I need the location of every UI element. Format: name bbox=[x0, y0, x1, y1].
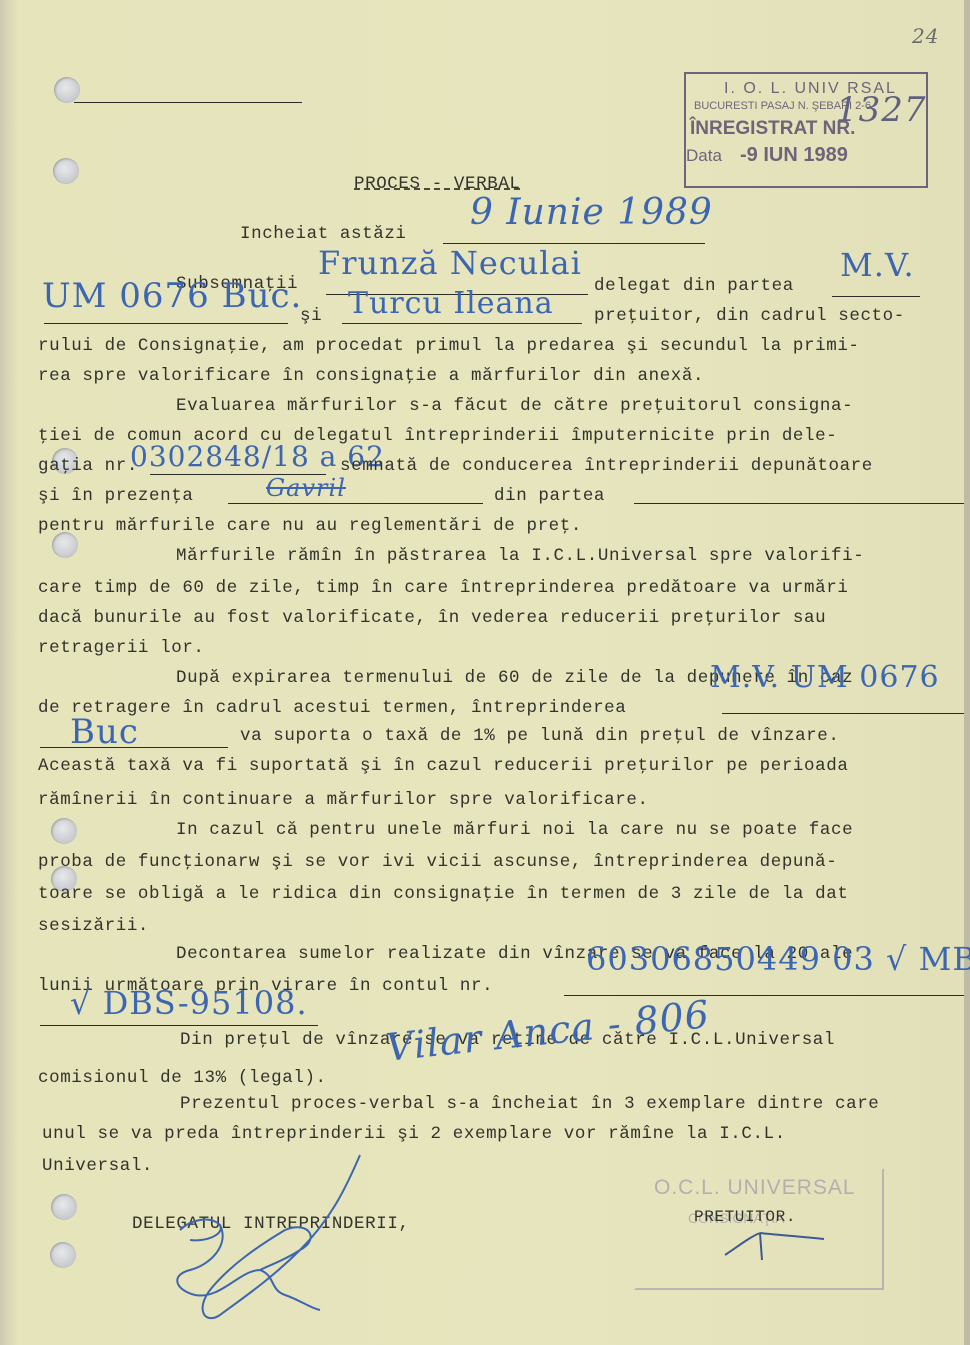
p3-line3: dacă bunurile au fost valorificate, în v… bbox=[38, 608, 826, 628]
p2-line5: pentru mărfurile care nu au reglementări… bbox=[38, 516, 582, 536]
p4-line4: Această taxă va fi suportată şi în cazul… bbox=[38, 756, 848, 776]
punch-hole bbox=[51, 818, 77, 844]
p1-line2-a: şi bbox=[300, 306, 322, 326]
enterprise-field-line bbox=[722, 713, 964, 714]
p1-line2-b: preţuitor, din cadrul secto- bbox=[594, 306, 905, 326]
concluded-label: Incheiat astăzi bbox=[240, 224, 407, 244]
p5-line4: sesizării. bbox=[38, 916, 149, 936]
presence-handwritten: Gavril bbox=[266, 474, 346, 502]
p5-line1: In cazul că pentru unele mărfuri noi la … bbox=[176, 820, 853, 840]
city-handwritten: Buc bbox=[70, 712, 139, 752]
p5-line2: proba de funcţionarw şi se vor ivi vicii… bbox=[38, 852, 837, 872]
registration-stamp: I. O. L. UNIV RSAL BUCURESTI PASAJ N. ŞE… bbox=[684, 72, 928, 188]
account2-handwritten: √ DBS-95108. bbox=[70, 984, 308, 1022]
stamp-line-3: ÎNREGISTRAT NR. bbox=[690, 118, 855, 140]
p1-line3: rului de Consignaţie, am procedat primul… bbox=[38, 336, 860, 356]
stamp-date-label: Data bbox=[686, 146, 722, 166]
punch-hole bbox=[54, 77, 80, 103]
page-number: 24 bbox=[912, 24, 939, 48]
p3-line2: care timp de 60 de zile, timp în care în… bbox=[38, 578, 848, 598]
name1-handwritten: Frunză Neculai bbox=[318, 244, 582, 282]
account2-field-line bbox=[40, 1025, 318, 1026]
name2-handwritten: Turcu Ileana bbox=[348, 286, 554, 321]
p5-line3: toare se obligă a le ridica din consigna… bbox=[38, 884, 848, 904]
appraiser-signature bbox=[720, 1225, 830, 1265]
p1-line4: rea spre valorificare în consignaţie a m… bbox=[38, 366, 704, 386]
appraiser-signature-label: PRETUITOR. bbox=[694, 1208, 796, 1226]
p2-line4-a: şi în prezenţa bbox=[38, 486, 193, 506]
party-field-line bbox=[634, 503, 964, 504]
document-title: PROCES - VERBAL bbox=[354, 174, 521, 194]
p8-line2: unul se va preda întreprinderii şi 2 exe… bbox=[42, 1124, 786, 1144]
p4-line3: va suporta o taxă de 1% pe lună din preţ… bbox=[240, 726, 840, 746]
enterprise-handwritten: M.V. UM 0676 bbox=[710, 660, 940, 695]
account-field-line bbox=[564, 995, 964, 996]
presence-field-line bbox=[228, 503, 483, 504]
document-page: 24 I. O. L. UNIV RSAL BUCURESTI PASAJ N.… bbox=[0, 0, 970, 1345]
delegate-signature bbox=[150, 1150, 410, 1330]
punch-hole bbox=[53, 158, 79, 184]
p8-line3: Universal. bbox=[42, 1156, 153, 1176]
consignment-stamp-line-1: O.C.L. UNIVERSAL bbox=[654, 1176, 856, 1200]
p7-line2: comisionul de 13% (legal). bbox=[38, 1068, 327, 1088]
p3-line4: retragerii lor. bbox=[38, 638, 205, 658]
punch-hole bbox=[51, 1194, 77, 1220]
p2-line3-a: gaţia nr. bbox=[38, 456, 138, 476]
account-handwritten: 60306850449 03 √ MB bbox=[586, 940, 970, 978]
page-edge bbox=[964, 0, 970, 1345]
name2-field-line bbox=[342, 323, 582, 324]
p2-line3-b: semnată de conducerea întreprinderii dep… bbox=[340, 456, 873, 476]
p3-line1: Mărfurile rămîn în păstrarea la I.C.L.Un… bbox=[176, 546, 864, 566]
concluded-date: 9 Iunie 1989 bbox=[470, 192, 713, 233]
p2-line4-b: din partea bbox=[494, 486, 605, 506]
stamp-date-value: -9 IUN 1989 bbox=[740, 144, 848, 167]
stamp-registration-number: 1327 bbox=[836, 90, 927, 130]
p2-line1: Evaluarea mărfurilor s-a făcut de către … bbox=[176, 396, 853, 416]
p1-line1-b: delegat din partea bbox=[594, 276, 794, 296]
org-handwritten: M.V. bbox=[840, 246, 915, 284]
unit-field-line bbox=[44, 323, 288, 324]
unit-handwritten: UM 0676 Buc. bbox=[42, 276, 302, 316]
p8-line1: Prezentul proces-verbal s-a încheiat în … bbox=[180, 1094, 879, 1114]
punch-hole bbox=[50, 1242, 76, 1268]
commission-annotation-handwritten: Vilar Anca - 806 bbox=[384, 992, 712, 1070]
org-field-line bbox=[832, 296, 920, 297]
p4-line5: rămînerii în continuare a mărfurilor spr… bbox=[38, 790, 649, 810]
header-rule bbox=[74, 102, 302, 103]
